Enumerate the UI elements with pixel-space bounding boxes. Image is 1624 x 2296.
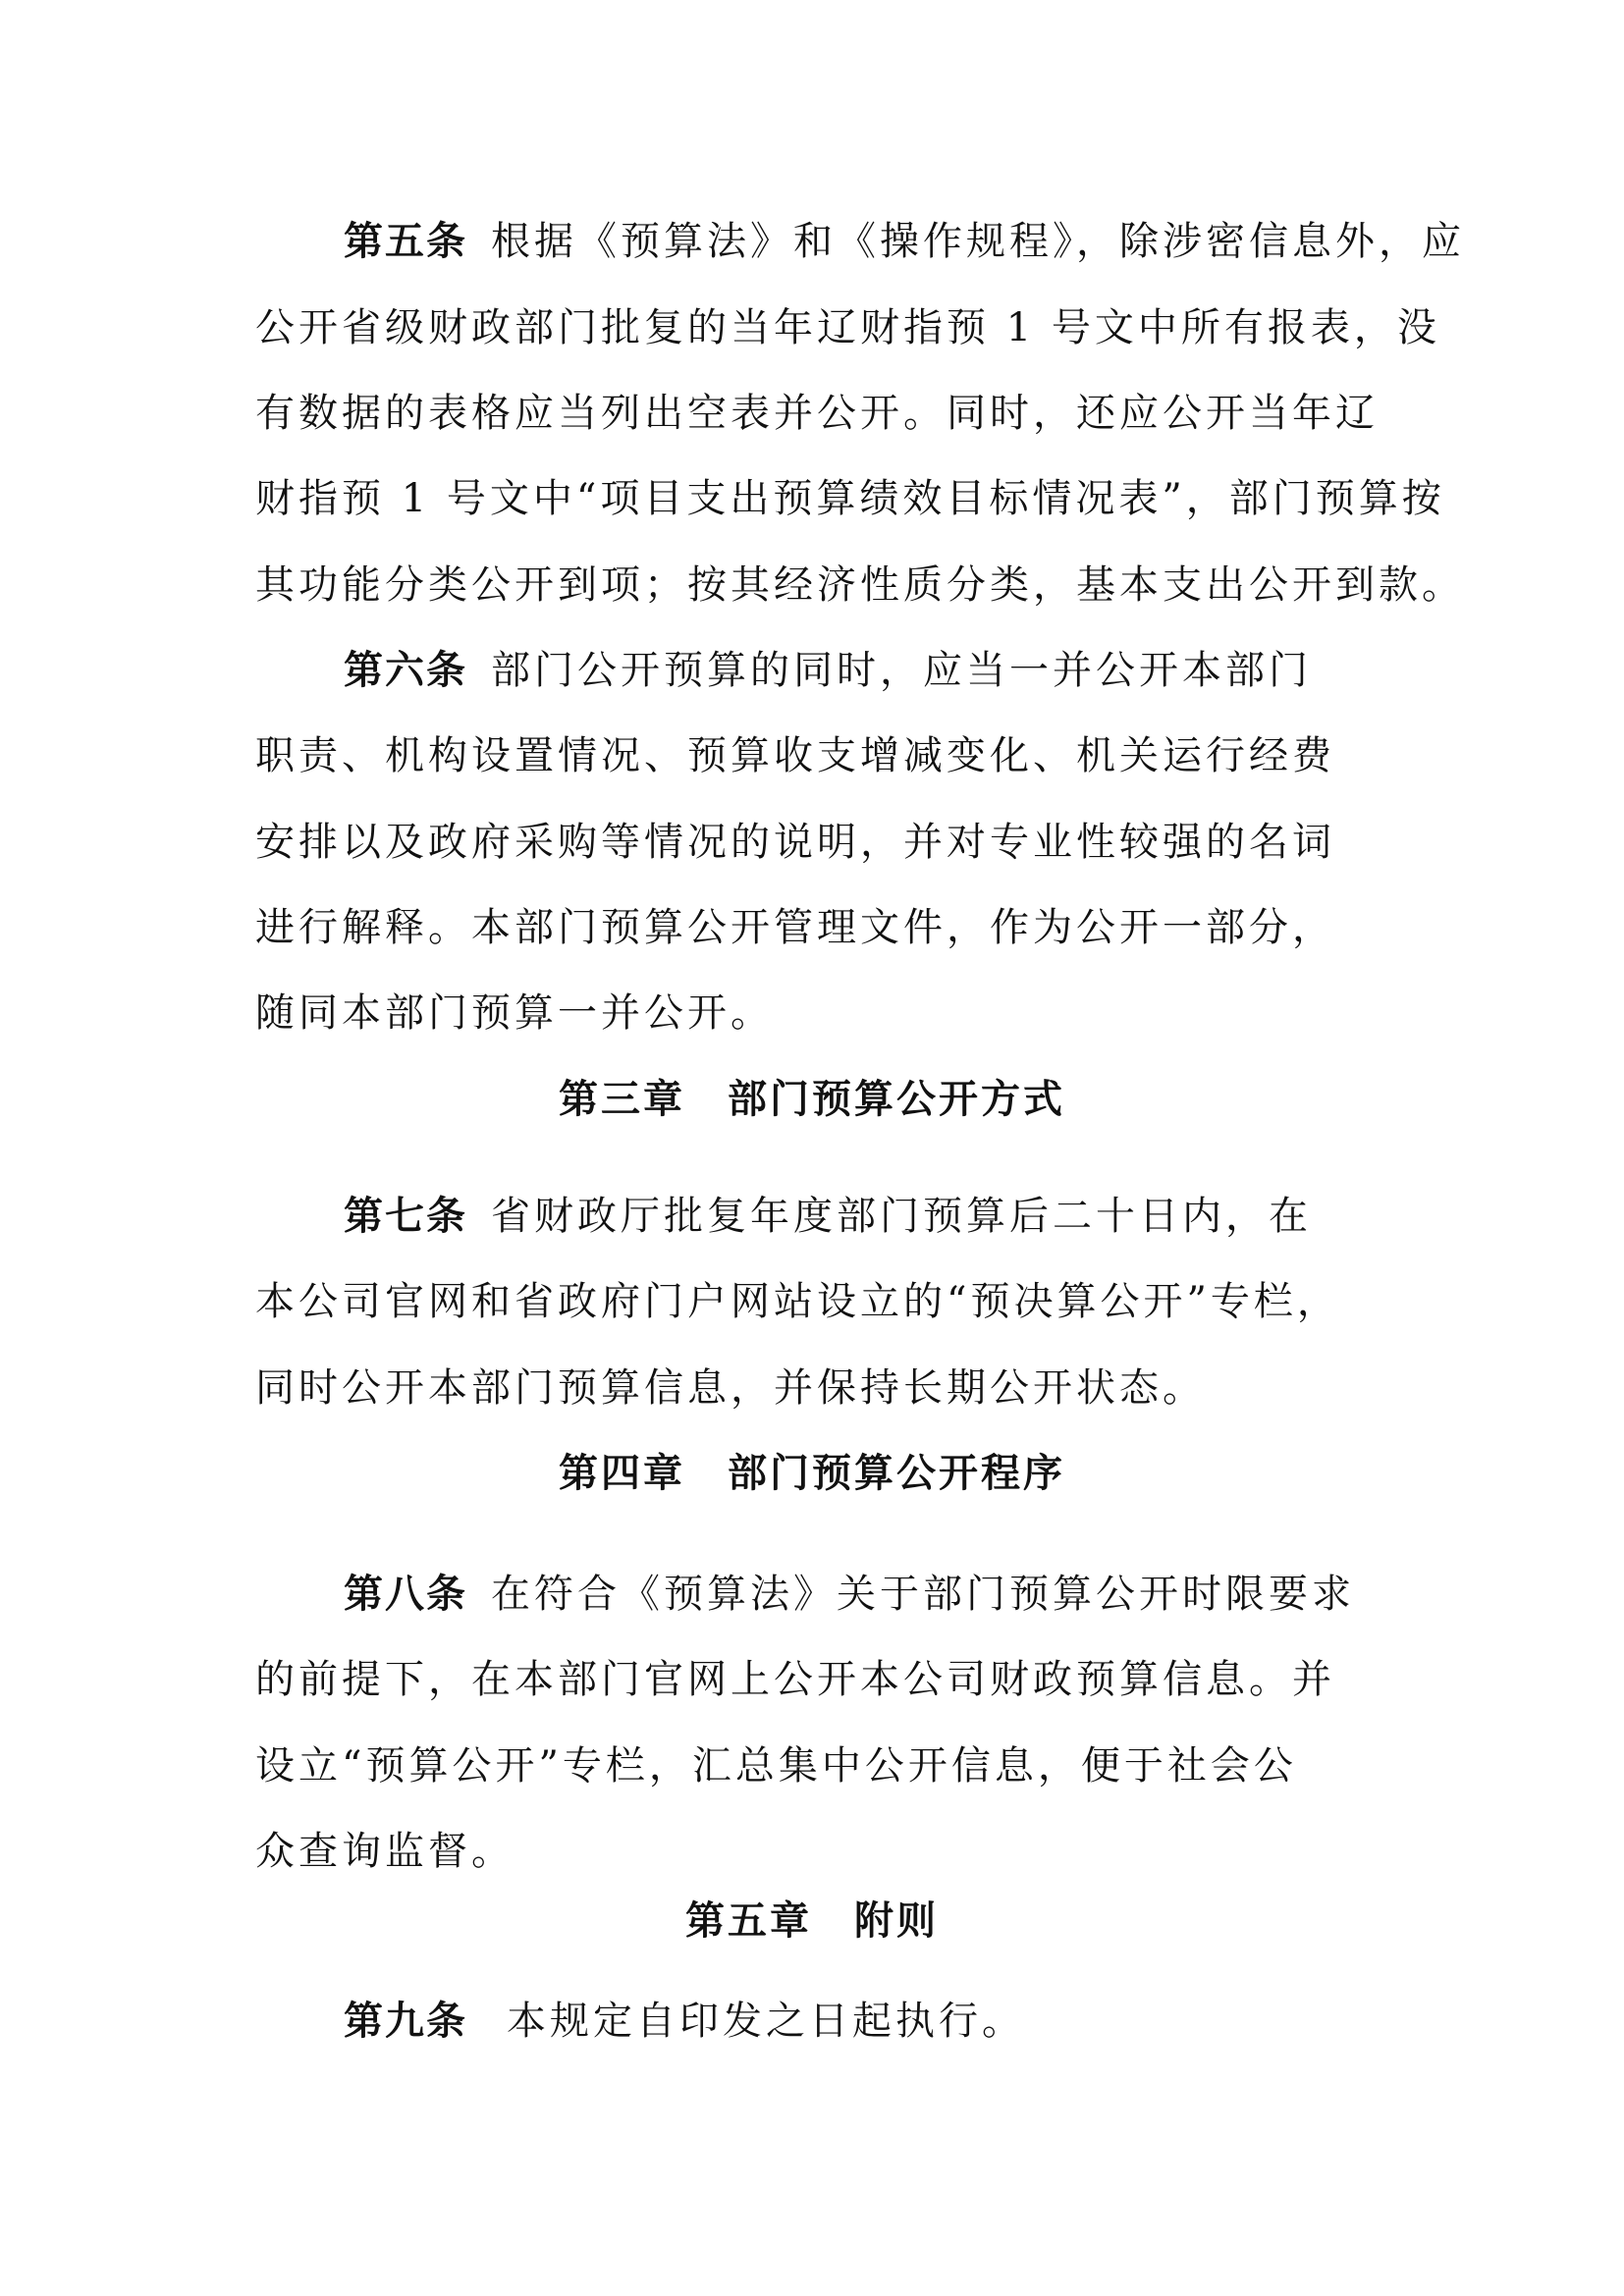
article-6-line: 进行解释。本部门预算公开管理文件，作为公开一部分， — [255, 904, 1394, 951]
article-6-line: 第六条部门公开预算的同时，应当一并公开本部门 — [344, 647, 1483, 694]
article-7-line: 同时公开本部门预算信息，并保持长期公开状态。 — [255, 1364, 1394, 1412]
chapter-4-heading: 第四章 部门预算公开程序 — [0, 1450, 1624, 1497]
chapter-5-heading: 第五章 附则 — [0, 1897, 1624, 1945]
article-6-line: 职责、机构设置情况、预算收支增减变化、机关运行经费 — [255, 732, 1394, 779]
article-8-line: 的前提下，在本部门官网上公开本公司财政预算信息。并 — [255, 1656, 1394, 1703]
article-8-line: 设立“预算公开”专栏，汇总集中公开信息，便于社会公 — [255, 1742, 1394, 1789]
article-label: 第六条 — [344, 648, 467, 693]
article-8-line: 众查询监督。 — [255, 1828, 1394, 1875]
article-5-line: 公开省级财政部门批复的当年辽财指预 1 号文中所有报表，没 — [255, 304, 1394, 351]
article-label: 第五条 — [344, 219, 467, 264]
article-5-line: 财指预 1 号文中“项目支出预算绩效目标情况表”，部门预算按 — [255, 475, 1394, 522]
article-6-line: 随同本部门预算一并公开。 — [255, 989, 1394, 1037]
article-7-line: 本公司官网和省政府门户网站设立的“预决算公开”专栏， — [255, 1278, 1394, 1325]
chapter-3-heading: 第三章 部门预算公开方式 — [0, 1076, 1624, 1123]
article-5-line: 第五条根据《预算法》和《操作规程》，除涉密信息外，应 — [344, 218, 1483, 265]
article-5-line: 其功能分类公开到项；按其经济性质分类，基本支出公开到款。 — [255, 561, 1394, 609]
article-7-line: 第七条省财政厅批复年度部门预算后二十日内，在 — [344, 1193, 1483, 1240]
article-6-line: 安排以及政府采购等情况的说明，并对专业性较强的名词 — [255, 819, 1394, 866]
article-8-line: 第八条在符合《预算法》关于部门预算公开时限要求 — [344, 1571, 1483, 1618]
article-label: 第九条 — [344, 1999, 467, 2044]
article-label: 第七条 — [344, 1194, 467, 1239]
article-label: 第八条 — [344, 1572, 467, 1617]
article-9-line: 第九条本规定自印发之日起执行。 — [344, 1998, 1483, 2045]
article-5-line: 有数据的表格应当列出空表并公开。同时，还应公开当年辽 — [255, 390, 1394, 437]
